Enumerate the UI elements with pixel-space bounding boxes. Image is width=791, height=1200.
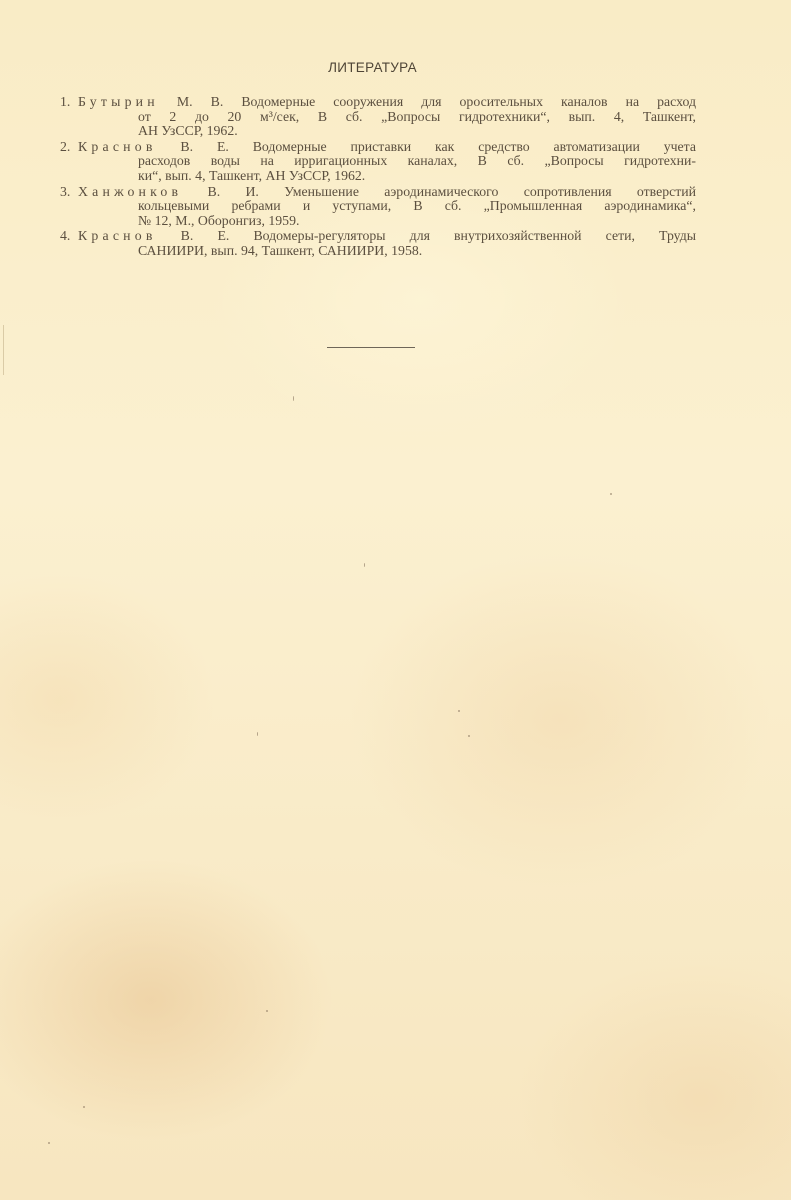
reference-list: 1. Бутырин М. В. Водомерные сооружения д… xyxy=(60,95,696,259)
reference-author: Краснов xyxy=(78,139,157,154)
scan-speck xyxy=(293,396,294,401)
reference-line: ки“, вып. 4, Ташкент, АН УзССР, 1962. xyxy=(78,169,696,184)
reference-item: 4. Краснов В. Е. Водомеры-регуляторы для… xyxy=(60,229,696,258)
reference-line: АН УзССР, 1962. xyxy=(78,124,696,139)
reference-line: Краснов В. Е. Водомерные приставки как с… xyxy=(78,140,696,155)
reference-line: кольцевыми ребрами и уступами, В сб. „Пр… xyxy=(78,199,696,214)
reference-line: от 2 до 20 м³/сек, В сб. „Вопросы гидрот… xyxy=(78,110,696,125)
scan-speck xyxy=(468,735,470,737)
scan-speck xyxy=(458,710,460,712)
reference-number: 2. xyxy=(60,140,78,184)
reference-line: Краснов В. Е. Водомеры-регуляторы для вн… xyxy=(78,229,696,244)
scan-speck xyxy=(266,1010,268,1012)
reference-line: САНИИРИ, вып. 94, Ташкент, САНИИРИ, 1958… xyxy=(78,244,696,259)
reference-body: Ханжонков В. И. Уменьшение аэродинамичес… xyxy=(78,185,696,229)
reference-line: Бутырин М. В. Водомерные сооружения для … xyxy=(78,95,696,110)
reference-line: № 12, М., Оборонгиз, 1959. xyxy=(78,214,696,229)
reference-author: Краснов xyxy=(78,228,157,243)
reference-initials: М. В. xyxy=(177,94,223,109)
reference-text: Водомерные сооружения для оросительных к… xyxy=(241,94,696,109)
reference-initials: В. Е. xyxy=(180,139,228,154)
scan-speck xyxy=(48,1142,50,1144)
reference-number: 1. xyxy=(60,95,78,139)
scanned-page: ЛИТЕРАТУРА 1. Бутырин М. В. Водомерные с… xyxy=(0,0,791,1200)
page-title: ЛИТЕРАТУРА xyxy=(0,60,745,75)
scan-speck xyxy=(364,563,365,567)
reference-body: Бутырин М. В. Водомерные сооружения для … xyxy=(78,95,696,139)
reference-author: Бутырин xyxy=(78,94,159,109)
reference-initials: В. Е. xyxy=(181,228,230,243)
reference-line: расходов воды на ирригационных каналах, … xyxy=(78,154,696,169)
reference-item: 2. Краснов В. Е. Водомерные приставки ка… xyxy=(60,140,696,184)
reference-author: Ханжонков xyxy=(78,184,182,199)
scan-speck xyxy=(83,1106,85,1108)
reference-item: 3. Ханжонков В. И. Уменьшение аэродинами… xyxy=(60,185,696,229)
reference-body: Краснов В. Е. Водомеры-регуляторы для вн… xyxy=(78,229,696,258)
reference-body: Краснов В. Е. Водомерные приставки как с… xyxy=(78,140,696,184)
reference-text: Водомеры-регуляторы для внутрихозяйствен… xyxy=(253,228,696,243)
scan-speck xyxy=(610,493,612,495)
scan-speck xyxy=(257,732,258,736)
reference-item: 1. Бутырин М. В. Водомерные сооружения д… xyxy=(60,95,696,139)
reference-number: 3. xyxy=(60,185,78,229)
reference-number: 4. xyxy=(60,229,78,258)
reference-text: Водомерные приставки как средство автома… xyxy=(253,139,696,154)
margin-mark xyxy=(3,325,4,375)
section-divider xyxy=(327,347,415,348)
reference-initials: В. И. xyxy=(208,184,259,199)
reference-text: Уменьшение аэродинамического сопротивлен… xyxy=(284,184,696,199)
reference-line: Ханжонков В. И. Уменьшение аэродинамичес… xyxy=(78,185,696,200)
